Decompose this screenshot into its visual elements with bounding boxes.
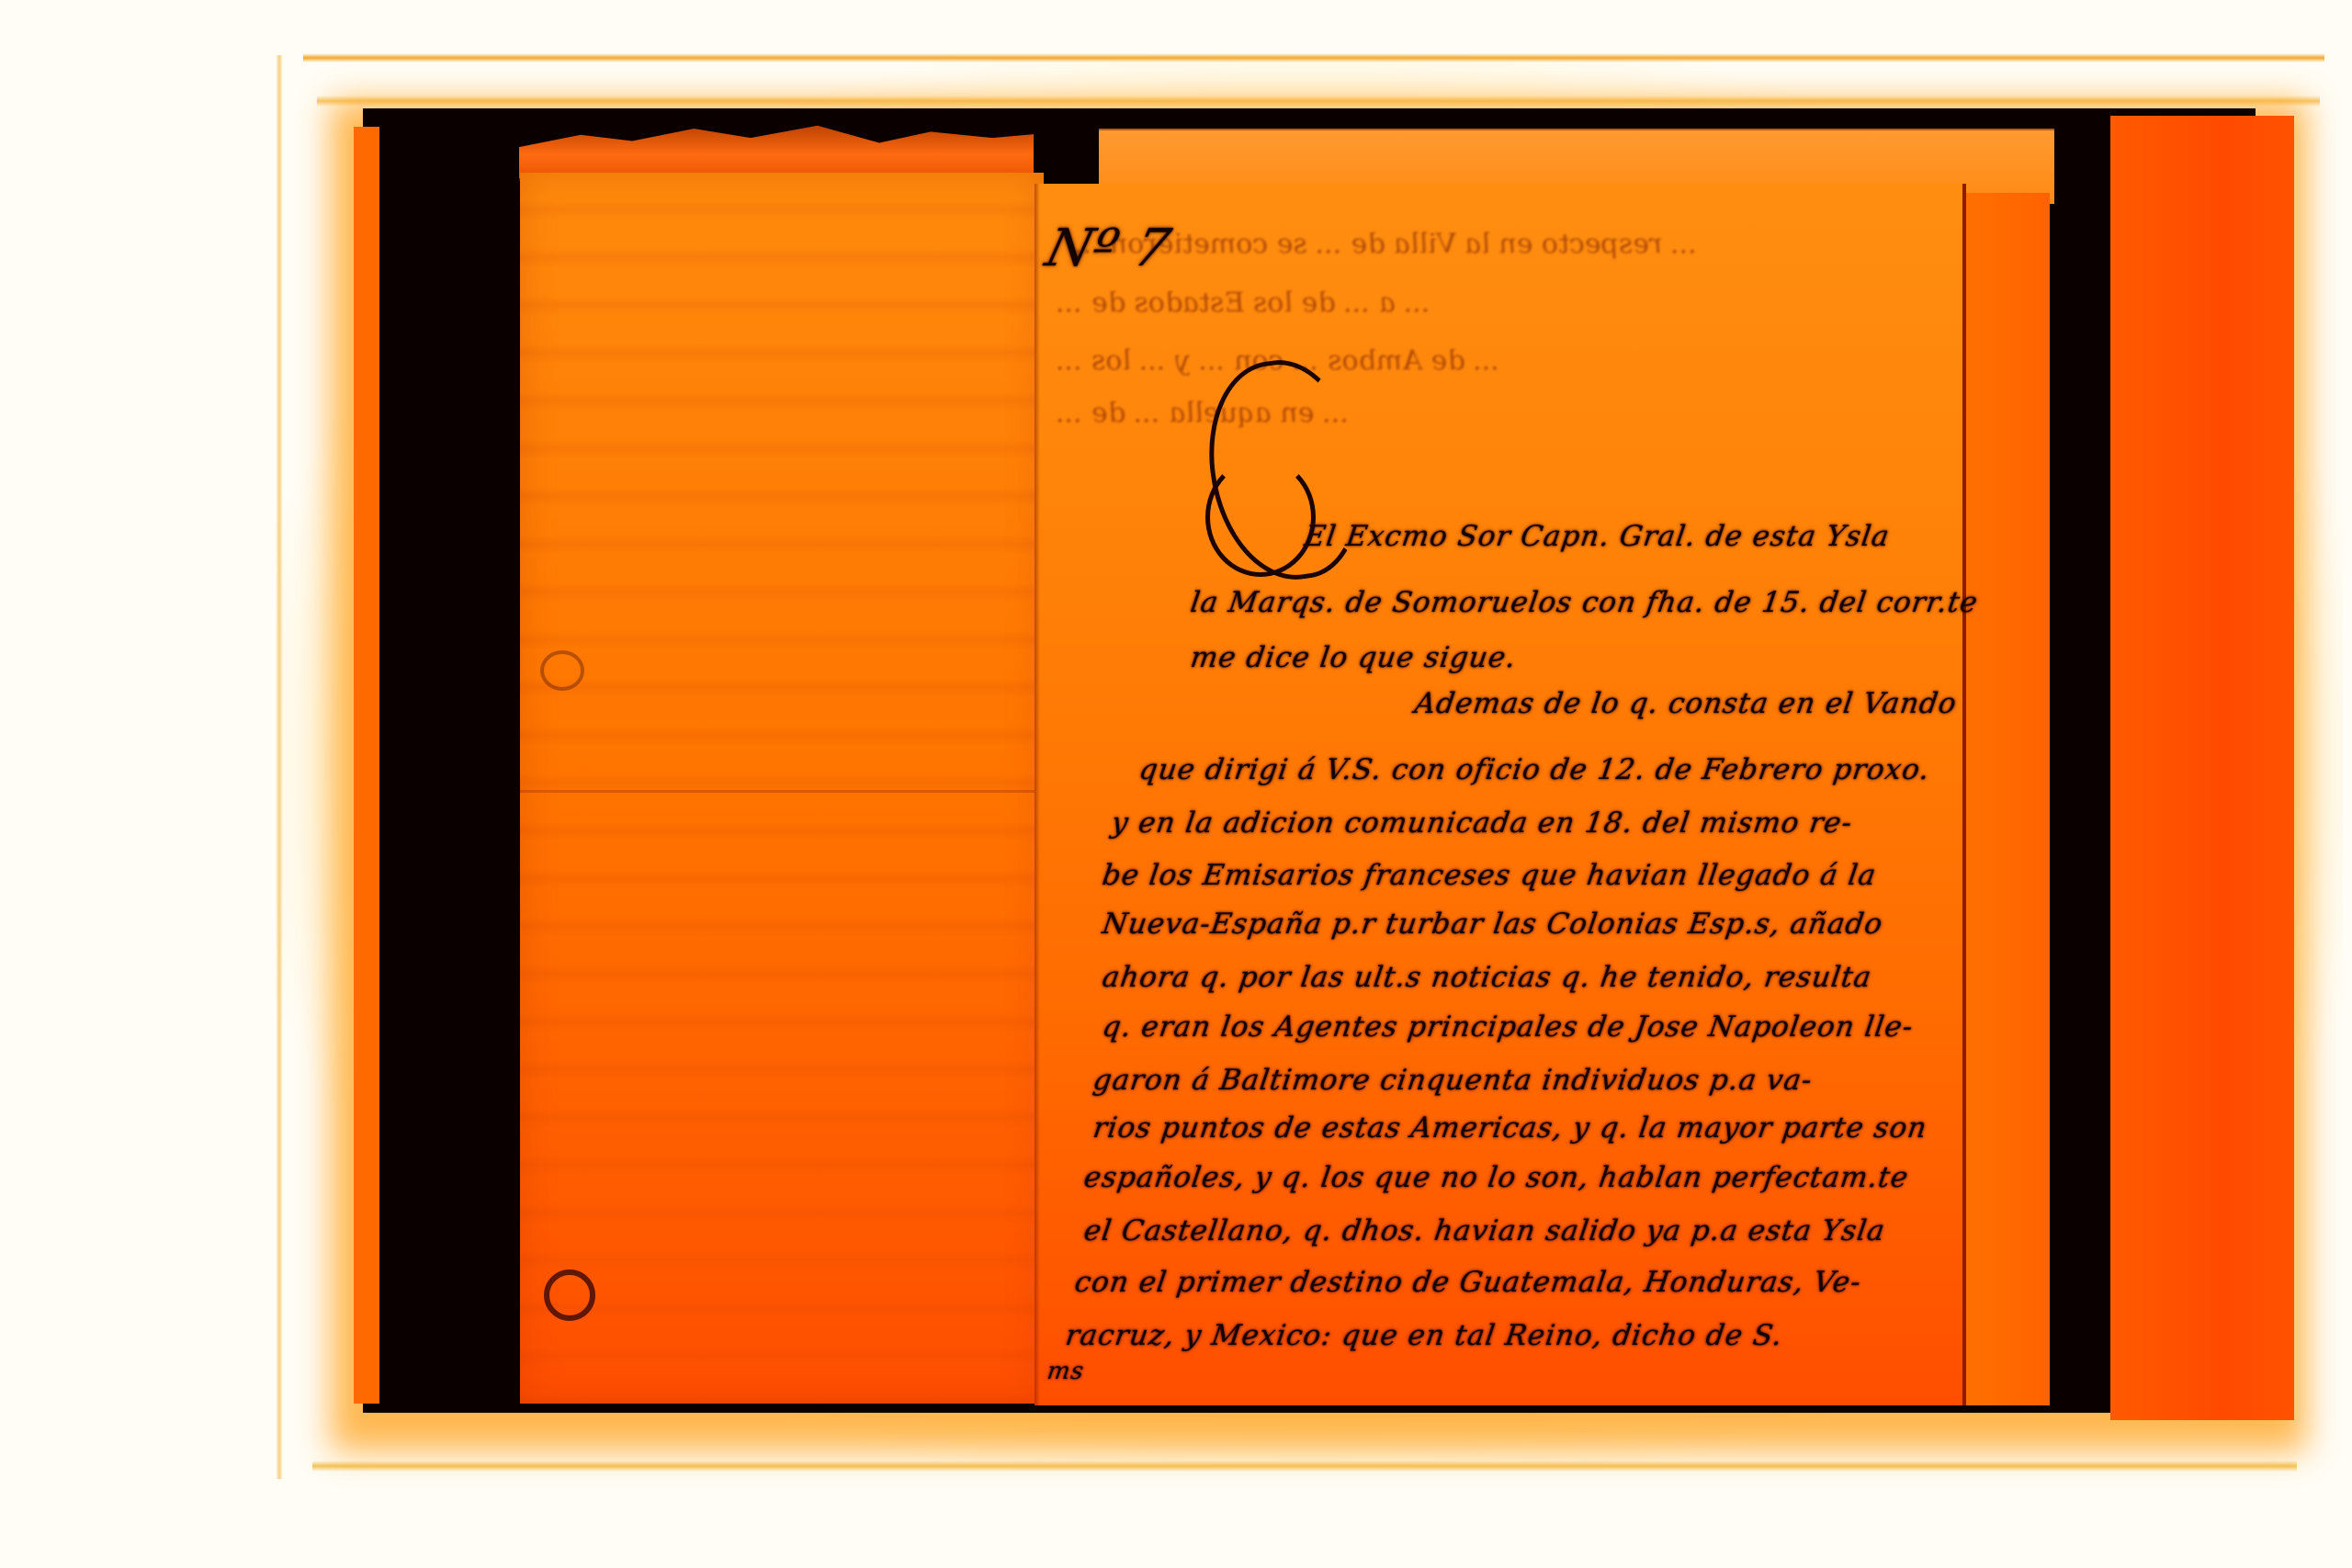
manuscript-line: que dirigi á V.S. con oficio de 12. de F… xyxy=(1136,753,1931,786)
footer-mark: ms xyxy=(1046,1358,1086,1385)
right-margin-strip xyxy=(1962,193,2050,1405)
frame-line-top xyxy=(303,53,2324,62)
manuscript-line: me dice lo que sigue. xyxy=(1188,641,1518,674)
folio-number: Nº 7 xyxy=(1040,219,1177,278)
manuscript-line: garon á Baltimore cinquenta individuos p… xyxy=(1091,1064,1815,1097)
manuscript-line: la Marqs. de Somoruelos con fha. de 15. … xyxy=(1188,586,1980,619)
manuscript-line: españoles, y q. los que no lo son, habla… xyxy=(1081,1161,1910,1194)
frame-line-bottom xyxy=(312,1461,2297,1472)
manuscript-line: q. eran los Agentes principales de Jose … xyxy=(1100,1010,1915,1043)
manuscript-line: Nueva-España p.r turbar las Colonias Esp… xyxy=(1100,908,1884,941)
manuscript-line: be los Emisarios franceses que havian ll… xyxy=(1100,859,1878,892)
manuscript-line: Ademas de lo q. consta en el Vando xyxy=(1412,687,1959,720)
manuscript-line: El Excmo Sor Capn. Gral. de esta Ysla xyxy=(1302,520,1892,553)
left-page xyxy=(520,173,1044,1404)
left-page-ink-mark xyxy=(544,1269,595,1321)
manuscript-line: racruz, y Mexico: que en tal Reino, dich… xyxy=(1063,1319,1784,1352)
manuscript-line: el Castellano, q. dhos. havian salido ya… xyxy=(1081,1214,1887,1247)
decorative-initial-E-loop xyxy=(1205,457,1316,577)
manuscript-line: y en la adicion comunicada en 18. del mi… xyxy=(1109,807,1854,840)
manuscript-line: rios puntos de estas Americas, y q. la m… xyxy=(1091,1111,1928,1145)
bleed-through-line: ... a ... de los Estados de ... xyxy=(1055,287,1433,319)
right-orange-board xyxy=(2110,116,2294,1420)
left-orange-strip xyxy=(354,127,379,1404)
frame-line-left xyxy=(276,55,283,1479)
manuscript-line: ahora q. por las ult.s noticias q. he te… xyxy=(1100,961,1873,994)
left-page-ink-mark xyxy=(540,650,584,691)
left-page-fold-line xyxy=(520,790,1044,793)
manuscript-line: con el primer destino de Guatemala, Hond… xyxy=(1072,1266,1863,1299)
